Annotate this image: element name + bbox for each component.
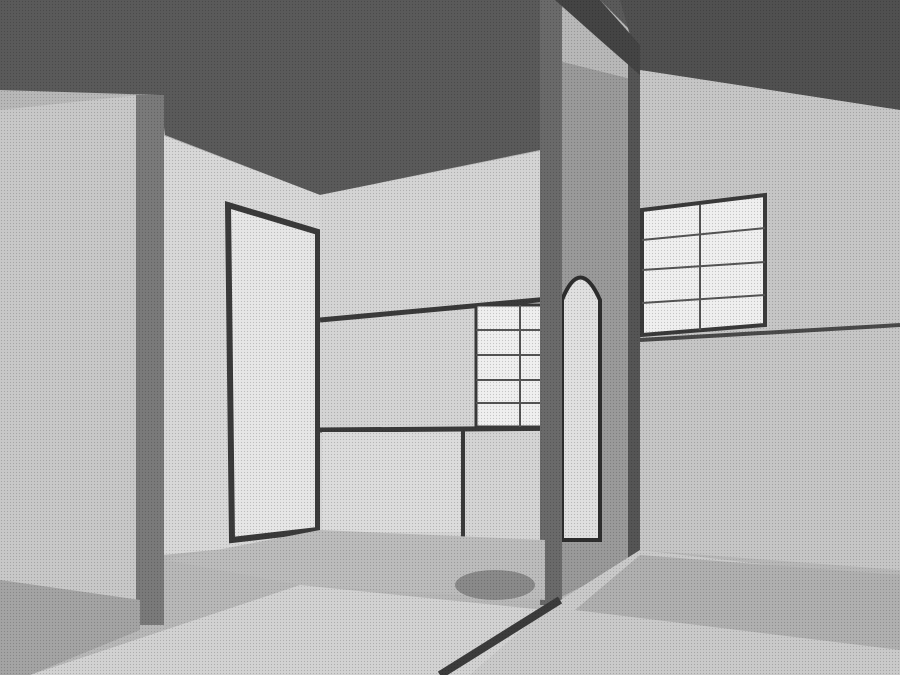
tea-room-photo	[0, 0, 900, 675]
scene-drawing	[0, 0, 900, 675]
halftone-texture	[0, 0, 900, 675]
